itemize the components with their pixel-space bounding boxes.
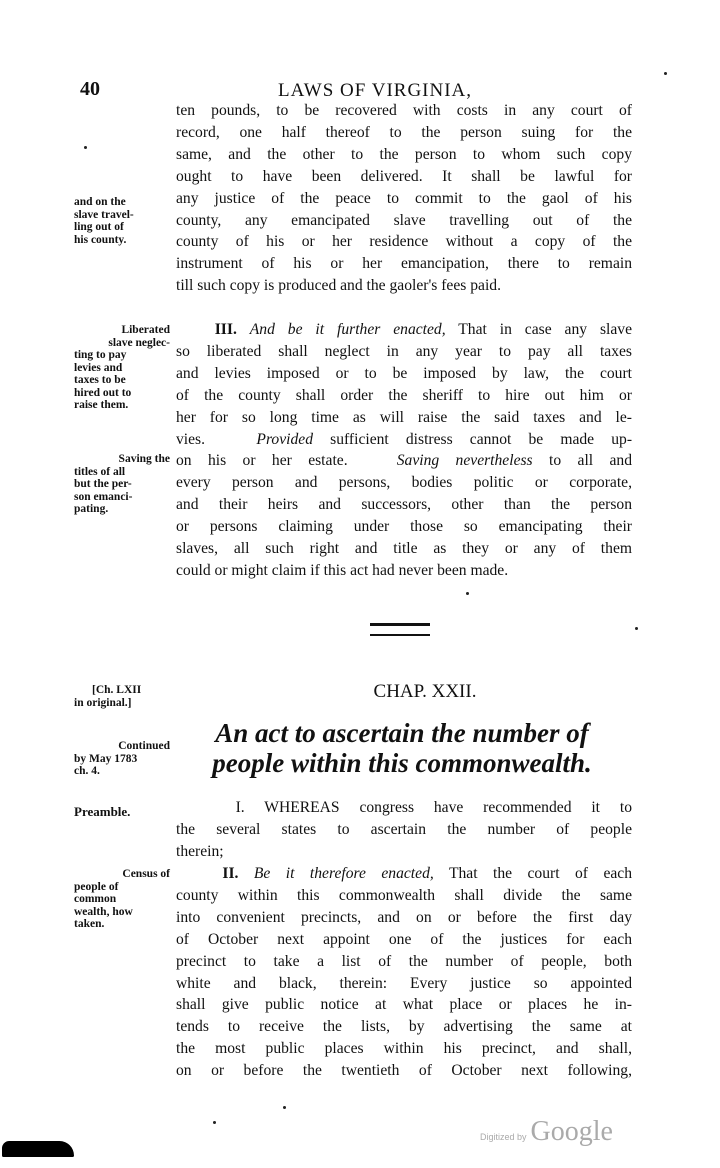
ink-speck [664,72,667,75]
ink-speck [213,1121,216,1124]
italic-phrase: Be it therefore enacted, [254,865,434,882]
act-title-line: An act to ascertain the number of [172,718,632,748]
text-line: tends to receive the lists, by advertisi… [176,1016,632,1038]
ink-speck [84,146,87,149]
margin-line: slave travel- [74,209,170,222]
margin-line: hired out to [74,387,170,400]
text-line: vies. Provided sufficient distress canno… [176,429,632,451]
italic-phrase: And be it further enacted, [250,321,446,338]
ink-speck [635,627,638,630]
margin-line: taken. [74,918,170,931]
text-line: ten pounds, to be recovered with costs i… [176,100,632,122]
ink-blot [2,1141,74,1157]
text-line: record, one half thereof to the person s… [176,122,632,144]
text-line: on his or her estate. Saving nevertheles… [176,450,632,472]
ink-speck [283,1106,286,1109]
text-line: her for so long time as will raise the s… [176,407,632,429]
text-line: every person and persons, bodies politic… [176,472,632,494]
text-line: white and black, therein: Every justice … [176,973,632,995]
text-line: ought to have been delivered. It shall b… [176,166,632,188]
preamble-paragraph: I. WHEREAS congress have recommended it … [176,797,632,863]
text-line: I. WHEREAS congress have recommended it … [176,797,632,819]
margin-line: son emanci- [74,491,170,504]
section-ii: II. Be it therefore enacted, That the co… [176,863,632,1082]
text-line: county, any emancipated slave travelling… [176,210,632,232]
margin-line: Continued [74,740,170,753]
act-title-line: people within this commonwealth. [172,748,632,778]
text-fragment: vies. [176,431,205,448]
text-line: of the county shall order the sheriff to… [176,385,632,407]
digitized-label: Digitized by [480,1132,527,1142]
margin-line: people of [74,881,170,894]
margin-line: slave neglec- [74,337,170,350]
margin-note-census: Census of people of common wealth, how t… [74,868,170,931]
margin-line: by May 1783 [74,753,170,766]
text-line: therein; [176,841,632,863]
text-fragment: That in case any slave [458,321,632,338]
text-fragment: sufficient distress cannot be made up- [330,431,632,448]
text-line: shall give public notice at what place o… [176,994,632,1016]
margin-line: and on the [74,196,170,209]
section-divider-rule [370,623,430,636]
margin-line: ting to pay [74,349,170,362]
text-line: any justice of the peace to commit to th… [176,188,632,210]
margin-line: common [74,893,170,906]
margin-line: titles of all [74,466,170,479]
text-line: and levies imposed or to be imposed by l… [176,363,632,385]
text-line: county within this commonwealth shall di… [176,885,632,907]
text-fragment: That the court of each [449,865,632,882]
text-line: the several states to ascertain the numb… [176,819,632,841]
margin-note-original-chapter: [Ch. LXII in original.] [74,684,170,709]
margin-note-continued: Continued by May 1783 ch. 4. [74,740,170,778]
margin-line: his county. [74,234,170,247]
text-line: into convenient precincts, and on or bef… [176,907,632,929]
text-line: II. Be it therefore enacted, That the co… [176,863,632,885]
margin-line: ch. 4. [74,765,170,778]
margin-note-saving-titles: Saving the titles of all but the per- so… [74,453,170,516]
margin-line: Liberated [74,324,170,337]
margin-line: but the per- [74,478,170,491]
text-fragment: on his or her estate. [176,452,348,469]
ink-speck [466,592,469,595]
text-line: county of his or her residence without a… [176,231,632,253]
italic-phrase: Provided [256,431,313,448]
section-numeral: III. [215,321,237,338]
margin-line: levies and [74,362,170,375]
digitized-by-google-watermark: Digitized by Google [480,1116,613,1148]
text-line: could or might claim if this act had nev… [176,560,632,582]
margin-note-slave-travelling: and on the slave travel- ling out of his… [74,196,170,246]
text-fragment: I. WHEREAS congress have recommended it … [236,799,632,816]
italic-phrase: Saving nevertheless [397,452,533,469]
margin-note-liberated-slave: Liberated slave neglec- ting to pay levi… [74,324,170,412]
margin-line: wealth, how [74,906,170,919]
margin-line: [Ch. LXII [74,684,170,697]
margin-line: Census of [74,868,170,881]
act-title: An act to ascertain the number of people… [172,718,632,778]
text-line: same, and the other to the person to who… [176,144,632,166]
text-line: on or before the twentieth of October ne… [176,1060,632,1082]
text-line: III. And be it further enacted, That in … [176,319,632,341]
paragraph-continuation: ten pounds, to be recovered with costs i… [176,100,632,297]
text-line: and their heirs and successors, other th… [176,494,632,516]
margin-line: taxes to be [74,374,170,387]
margin-note-preamble: Preamble. [74,806,170,819]
margin-line: Saving the [74,453,170,466]
text-line: till such copy is produced and the gaole… [176,275,632,297]
margin-line: pating. [74,503,170,516]
text-line: the most public places within his precin… [176,1038,632,1060]
text-fragment: to all and [549,452,632,469]
text-line: or persons claiming under those so emanc… [176,516,632,538]
margin-line: raise them. [74,399,170,412]
margin-line: ling out of [74,221,170,234]
text-line: precinct to take a list of the number of… [176,951,632,973]
text-line: slaves, all such right and title as they… [176,538,632,560]
google-logo: Google [531,1116,613,1147]
margin-line: in original.] [74,697,170,710]
section-iii: III. And be it further enacted, That in … [176,319,632,582]
text-line: so liberated shall neglect in any year t… [176,341,632,363]
running-head: LAWS OF VIRGINIA, [0,80,720,102]
text-line: instrument of his or her emancipation, t… [176,253,632,275]
text-line: of October next appoint one of the justi… [176,929,632,951]
section-numeral: II. [222,865,238,882]
